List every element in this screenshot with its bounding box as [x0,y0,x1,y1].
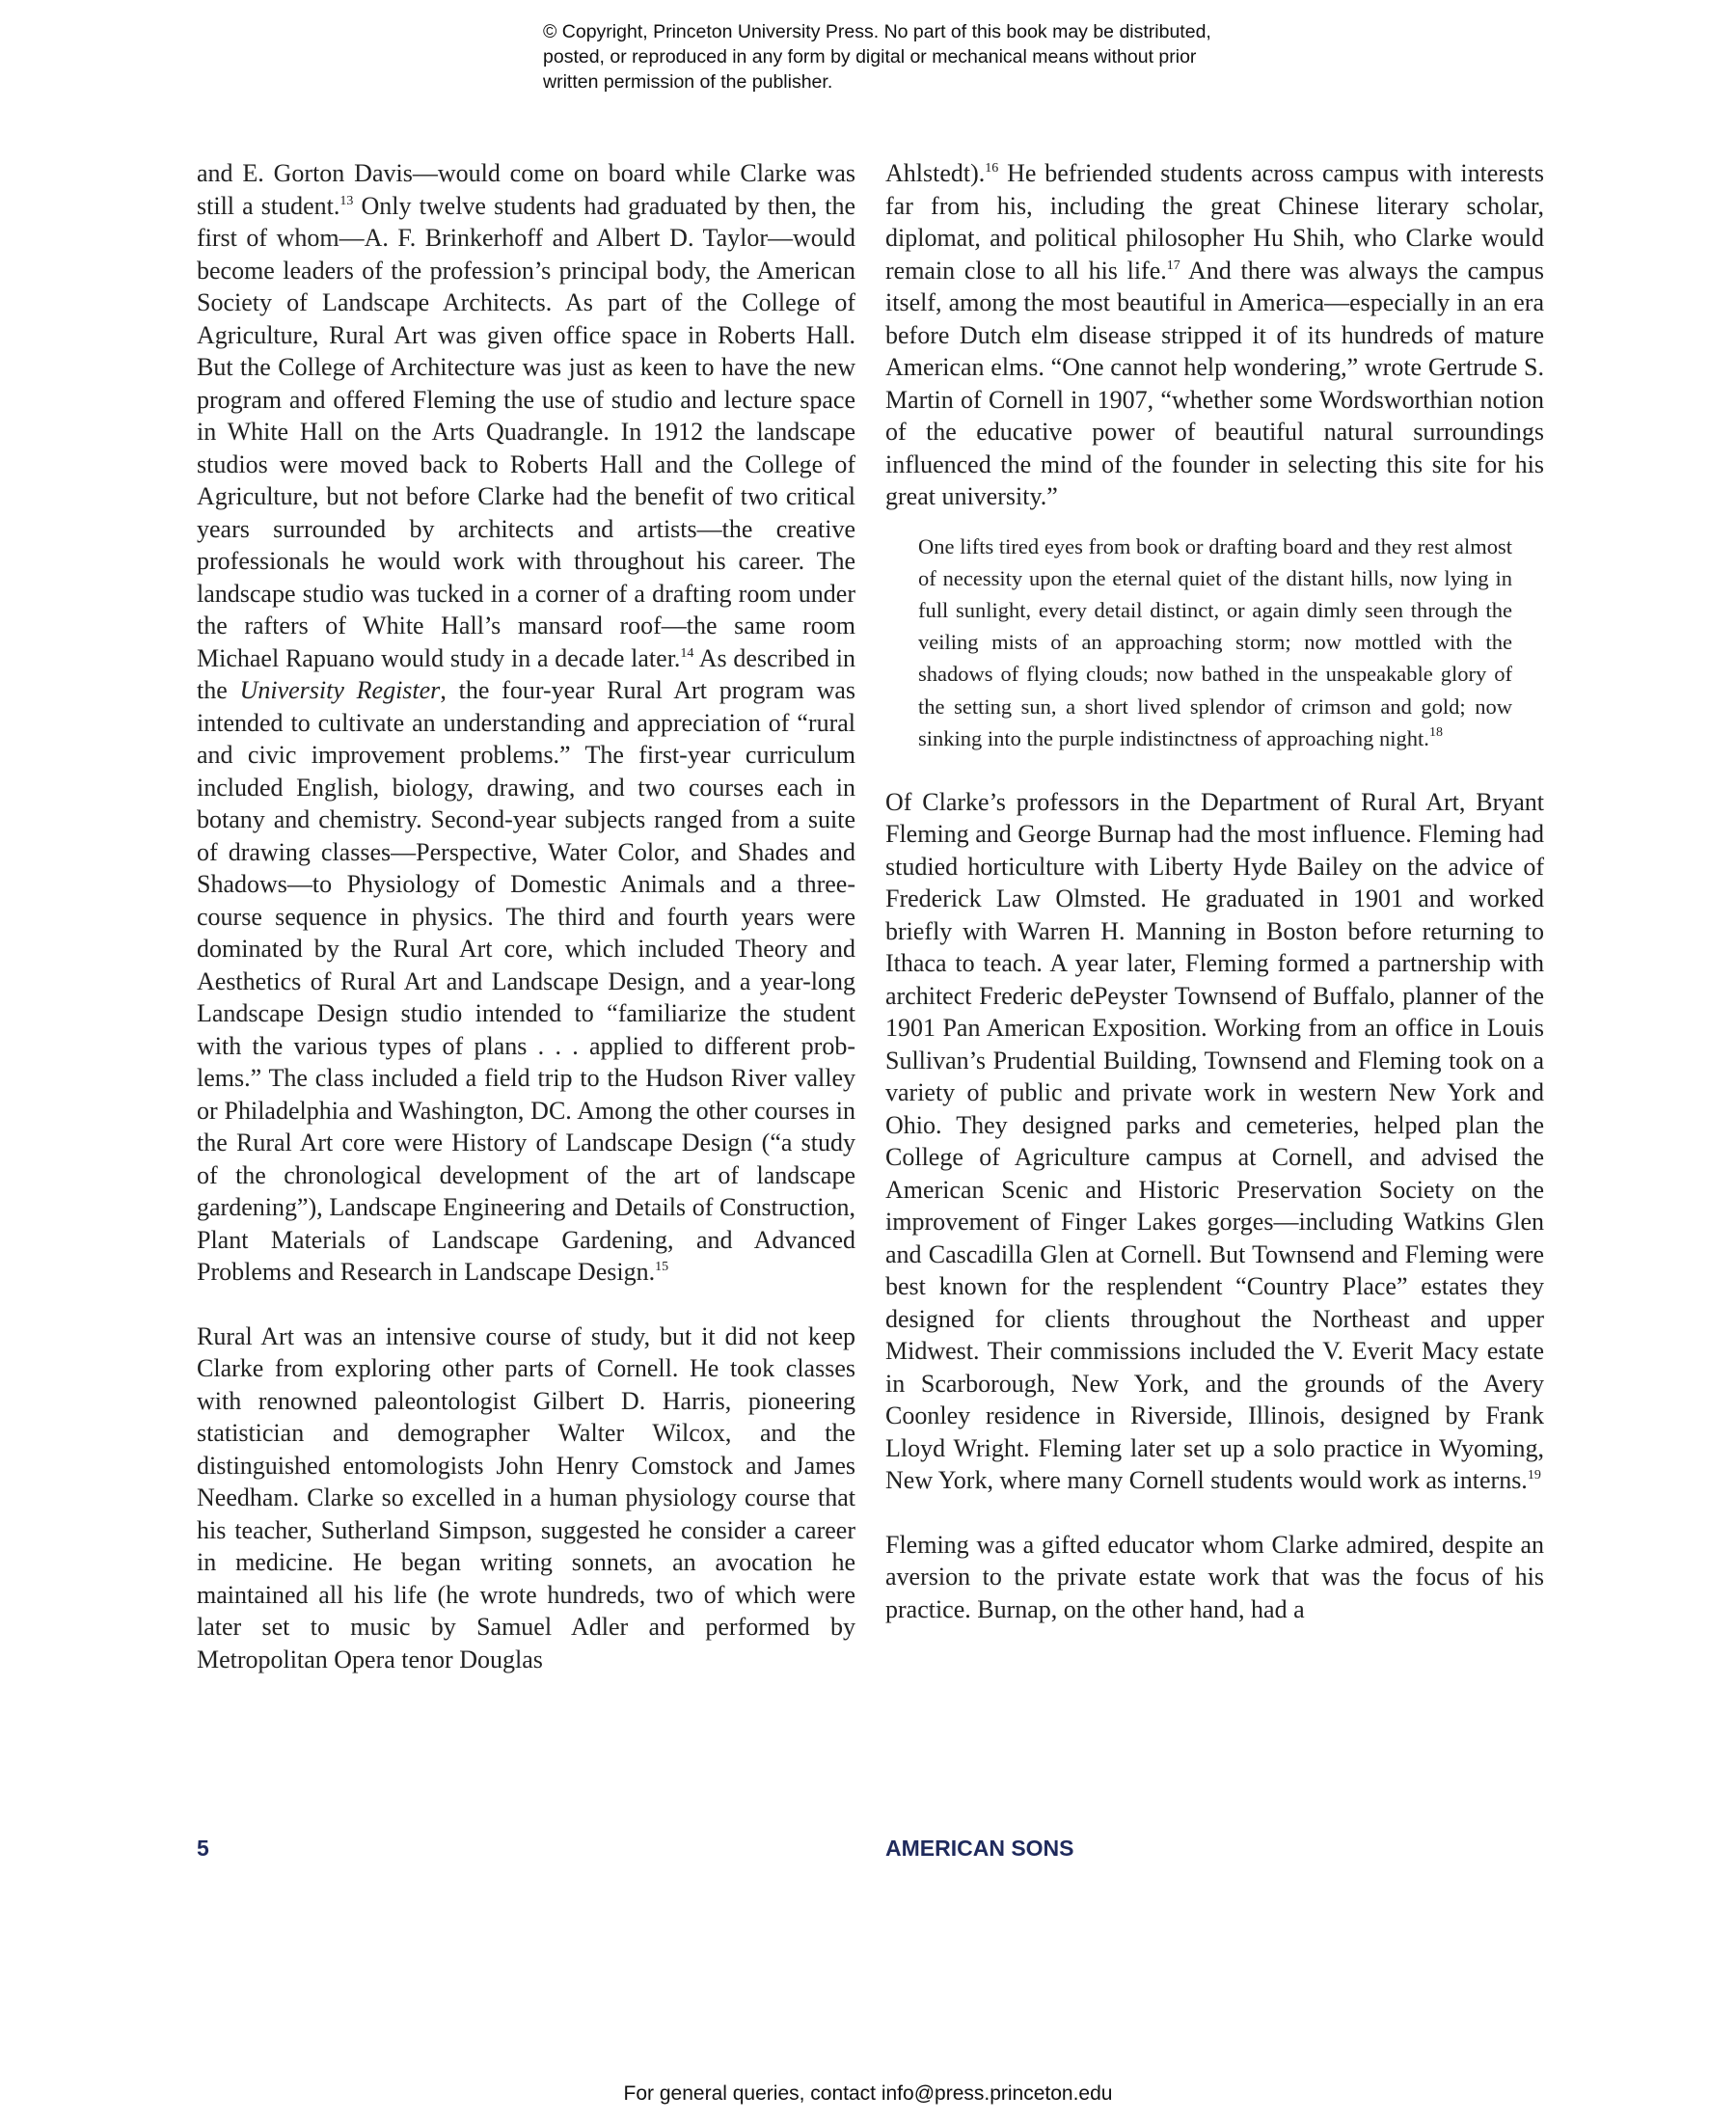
text-run: Ahlstedt). [885,159,985,187]
contact-notice: For general queries, contact info@press.… [0,2082,1736,2106]
paragraph: Ahlstedt).16 He befriended students acro… [885,157,1544,513]
block-quote: One lifts tired eyes from book or drafti… [918,530,1512,754]
footnote-ref[interactable]: 13 [339,194,353,208]
footnote-ref[interactable]: 17 [1167,258,1180,273]
footnote-ref[interactable]: 19 [1528,1468,1541,1483]
left-column: and E. Gorton Davis—would come on board … [197,157,855,1675]
paragraph: Fleming was a gifted educator whom Clark… [885,1529,1544,1626]
book-title: University Register [240,676,441,704]
footnote-ref[interactable]: 15 [655,1260,668,1274]
text-run: And there was always the campus itself, … [885,257,1544,511]
footnote-ref[interactable]: 16 [985,161,998,176]
footnote-ref[interactable]: 18 [1429,725,1443,740]
paragraph: Of Clarke’s professors in the Department… [885,786,1544,1497]
text-run: Only twelve students had graduated by th… [197,192,855,672]
right-column: Ahlstedt).16 He befriended students acro… [885,157,1544,1625]
page-number: 5 [197,1836,209,1862]
paragraph: Rural Art was an intensive course of stu… [197,1320,855,1676]
copyright-notice: © Copyright, Princeton University Press.… [543,19,1218,95]
footnote-ref[interactable]: 14 [680,646,693,661]
running-title: AMERICAN SONS [885,1836,1074,1862]
paragraph: and E. Gorton Davis—would come on board … [197,157,855,1289]
quote-text: One lifts tired eyes from book or drafti… [918,534,1512,750]
text-run: , the four-year Rural Art program was in… [197,676,855,1286]
text-run: Of Clarke’s professors in the Department… [885,788,1544,1495]
